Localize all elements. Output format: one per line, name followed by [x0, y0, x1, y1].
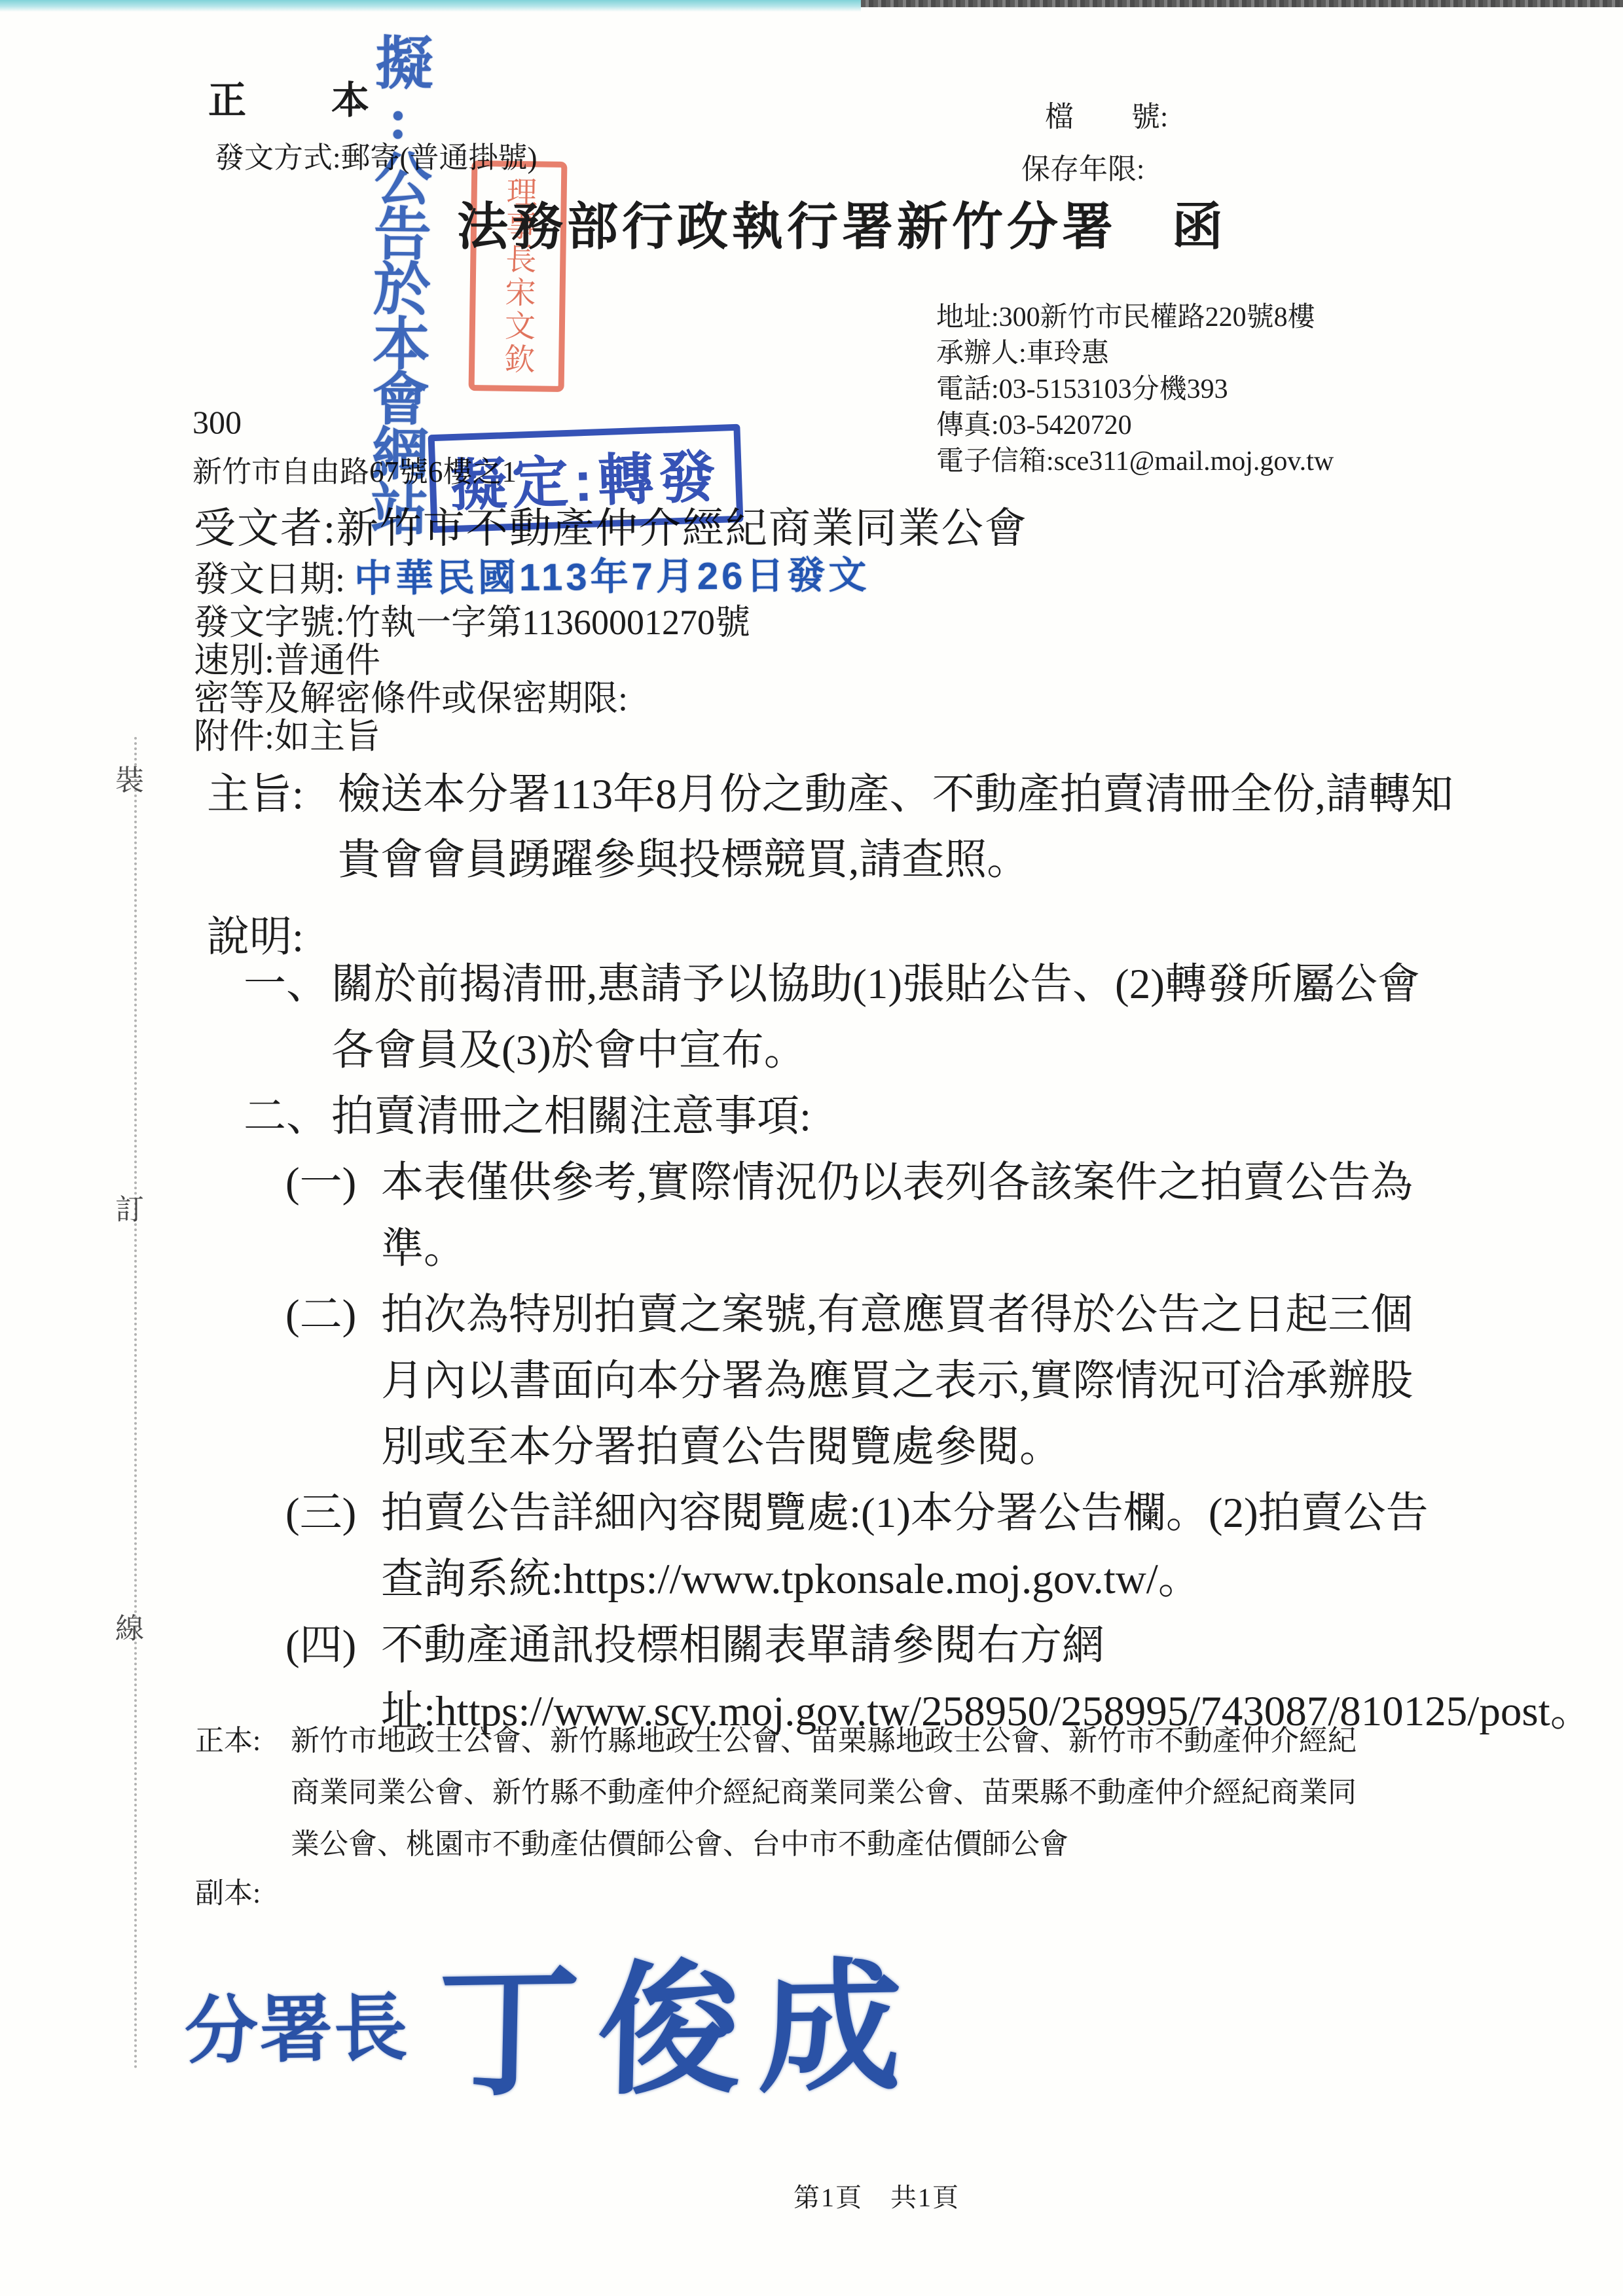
subject-label: 主旨:: [207, 762, 338, 827]
item-2-subitems: (一) 本表僅供參考,實際情況仍以表列各該案件之拍賣公告為準。 (二) 拍次為特…: [285, 1150, 1455, 1745]
binding-dotted-line: [134, 737, 137, 2070]
binding-mark-zhuang: 裝: [115, 757, 144, 798]
document-title: 法務部行政執行署新竹分署 函: [457, 186, 1227, 259]
binding-mark-xian: 線: [115, 1605, 144, 1647]
agency-address: 地址:300新竹市民權路220號8樓: [936, 300, 1334, 336]
item-2: 二、 拍賣清冊之相關注意事項:: [244, 1084, 1455, 1150]
retention-period-label: 保存年限:: [1021, 145, 1144, 187]
scan-artifact-teal-band: [0, 0, 861, 12]
subitem-1-text: 本表僅供參考,實際情況仍以表列各該案件之拍賣公告為準。: [381, 1150, 1455, 1282]
approval-blue-stamp: 擬定:轉發: [428, 424, 744, 533]
cc-label: 副本:: [195, 1869, 261, 1911]
agency-phone: 電話:03-5153103分機393: [936, 372, 1334, 408]
page-number-footer: 第1頁 共1頁: [793, 2177, 960, 2214]
agency-fax: 傳真:03-5420720: [936, 408, 1334, 444]
item-2-number: 二、: [244, 1084, 331, 1150]
issue-date-label: 發文日期:: [194, 551, 345, 601]
copy-to-label: 正本:: [195, 1715, 291, 1767]
subitem-2: (二) 拍次為特別拍賣之案號,有意應買者得於公告之日起三個月內以書面向本分署為應…: [285, 1282, 1455, 1480]
subitem-3: (三) 拍賣公告詳細內容閱覽處:(1)本分署公告欄。(2)拍賣公告查詢系統:ht…: [285, 1480, 1455, 1613]
subject-block: 主旨: 檢送本分署113年8月份之動產、不動產拍賣清冊全份,請轉知貴會會員踴躍參…: [207, 762, 1470, 893]
subitem-4-number: (四): [285, 1613, 381, 1679]
file-number-label: 檔 號:: [1045, 93, 1168, 135]
item-1-text: 關於前揭清冊,惠請予以協助(1)張貼公告、(2)轉發所屬公會各會員及(3)於會中…: [331, 952, 1448, 1084]
subitem-2-number: (二): [285, 1282, 381, 1348]
subitem-1-number: (一): [285, 1150, 381, 1216]
handwritten-blue-note: 擬:公告於本會網站: [356, 32, 435, 661]
scan-artifact-dark-band: [861, 0, 1623, 7]
subitem-1: (一) 本表僅供參考,實際情況仍以表列各該案件之拍賣公告為準。: [285, 1150, 1455, 1282]
binding-mark-ding: 訂: [115, 1186, 144, 1228]
agency-contact-person: 承辦人:車玲惠: [936, 336, 1334, 372]
subitem-3-text: 拍賣公告詳細內容閱覽處:(1)本分署公告欄。(2)拍賣公告查詢系統:https:…: [381, 1480, 1455, 1613]
explanation-items: 一、 關於前揭清冊,惠請予以協助(1)張貼公告、(2)轉發所屬公會各會員及(3)…: [244, 952, 1455, 1745]
agency-email: 電子信箱:sce311@mail.moj.gov.tw: [936, 444, 1334, 480]
scanned-official-letter: 正 本 擬:公告於本會網站 理事長宋文欽 發文方式:郵寄(普通掛號) 檔 號: …: [0, 0, 1623, 2296]
signer-name-seal: 丁俊成: [435, 1912, 922, 2124]
copy-to-block: 正本: 新竹市地政士公會、新竹縣地政士公會、苗栗縣地政士公會、新竹市不動產仲介經…: [195, 1715, 1366, 1870]
item-1: 一、 關於前揭清冊,惠請予以協助(1)張貼公告、(2)轉發所屬公會各會員及(3)…: [244, 952, 1455, 1084]
copy-to-list: 新竹市地政士公會、新竹縣地政士公會、苗栗縣地政士公會、新竹市不動產仲介經紀商業同…: [291, 1715, 1366, 1870]
subject-text: 檢送本分署113年8月份之動產、不動產拍賣清冊全份,請轉知貴會會員踴躍參與投標競…: [338, 762, 1470, 893]
attachment-line: 附件:如主旨: [194, 708, 380, 759]
item-2-text: 拍賣清冊之相關注意事項:: [331, 1084, 1448, 1150]
signer-title: 分署長: [184, 1969, 409, 2078]
agency-contact-block: 地址:300新竹市民權路220號8樓 承辦人:車玲惠 電話:03-5153103…: [936, 300, 1334, 480]
item-1-number: 一、: [244, 952, 331, 1018]
subitem-2-text: 拍次為特別拍賣之案號,有意應買者得於公告之日起三個月內以書面向本分署為應買之表示…: [381, 1282, 1455, 1480]
recipient-postal-code: 300: [192, 403, 242, 441]
subitem-3-number: (三): [285, 1480, 381, 1547]
signature-block: 分署長 丁俊成: [183, 1912, 922, 2128]
